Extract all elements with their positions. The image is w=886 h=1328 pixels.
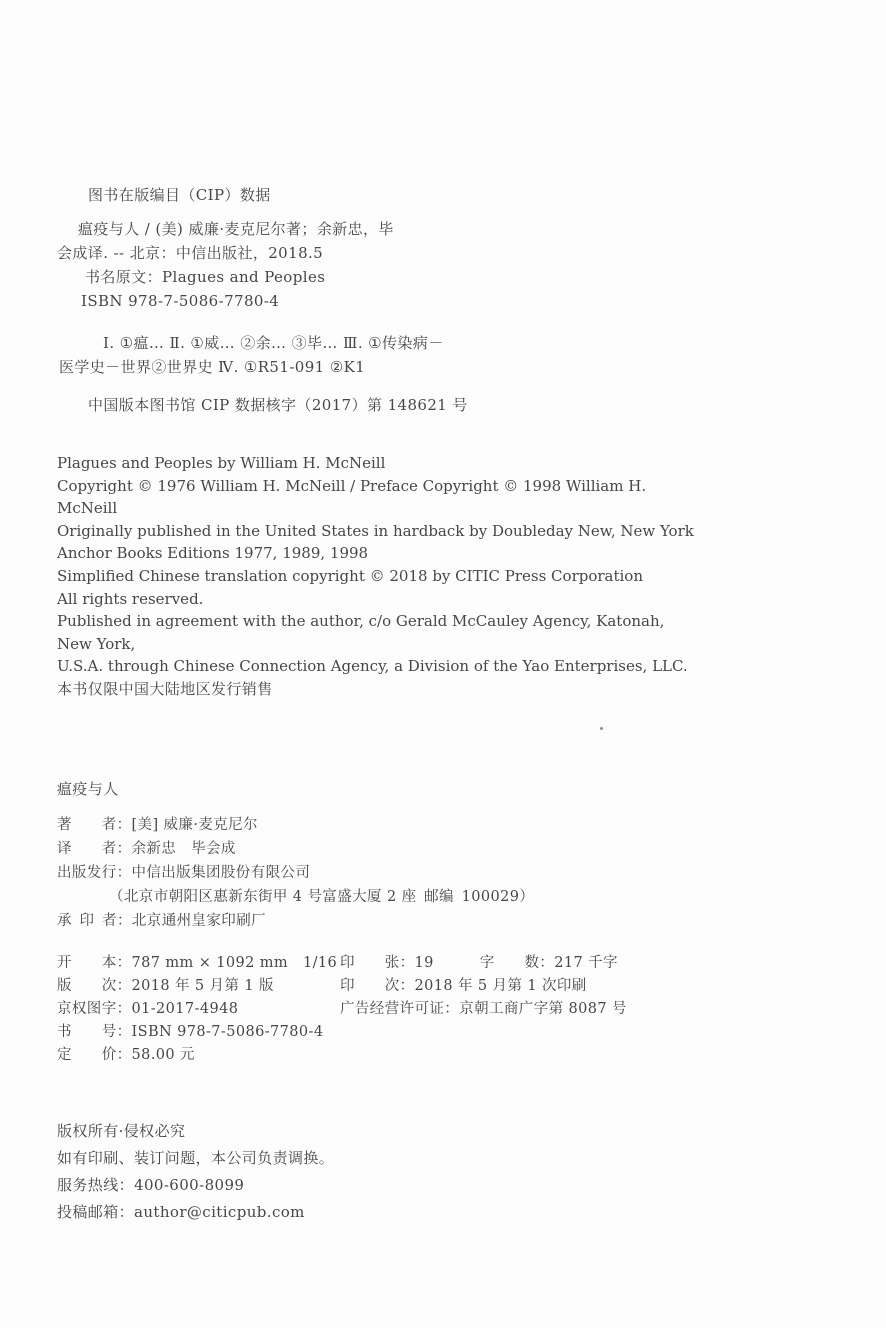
row-value: 京朝工商广字第 8087 号: [459, 1001, 627, 1017]
rights-reserved-line: 版权所有·侵权必究: [57, 1118, 334, 1145]
colophon-row-rights-registration: 京权图字：01-2017-4948: [57, 998, 337, 1021]
copyright-line: Plagues and Peoples by William H. McNeil…: [57, 452, 697, 475]
row-value: 北京通州皇家印刷厂: [132, 913, 266, 929]
row-value: 787 mm × 1092 mm 1/16: [132, 955, 338, 971]
cip-heading: 图书在版编目（CIP）数据: [57, 183, 577, 207]
row-label: 印 张：: [340, 955, 415, 971]
cip-section: 图书在版编目（CIP）数据 瘟疫与人 / (美) 威廉·麦克尼尔著；余新忠，毕 …: [57, 183, 577, 417]
row-label: 京权图字：: [57, 1001, 132, 1017]
row-value: ISBN 978-7-5086-7780-4: [132, 1024, 324, 1040]
colophon-row-isbn: 书 号：ISBN 978-7-5086-7780-4: [57, 1021, 337, 1044]
cip-record-line: 瘟疫与人 / (美) 威廉·麦克尼尔著；余新忠，毕: [57, 217, 577, 241]
row-label: 著 者：: [57, 817, 132, 833]
row-label: 版 次：: [57, 978, 132, 994]
service-hotline-line: 服务热线：400-600-8099: [57, 1172, 334, 1199]
row-value: [美] 威廉·麦克尼尔: [132, 817, 258, 833]
cip-registry-number: 中国版本图书馆 CIP 数据核字（2017）第 148621 号: [57, 393, 577, 417]
row-label: 定 价：: [57, 1047, 132, 1063]
colophon-row-impression: 印 次：2018 年 5 月第 1 次印刷: [340, 975, 627, 998]
cip-original-title-line: 书名原文：Plagues and Peoples: [57, 265, 577, 289]
row-value: 19: [415, 955, 434, 971]
colophon-row-translator: 译 者：余新忠 毕会成: [57, 837, 697, 861]
replacement-policy-line: 如有印刷、装订问题，本公司负责调换。: [57, 1145, 334, 1172]
row-value: 2018 年 5 月第 1 次印刷: [415, 978, 587, 994]
colophon-publisher-rows: 著 者：[美] 威廉·麦克尼尔 译 者：余新忠 毕会成 出版发行：中信出版集团股…: [57, 813, 697, 933]
footer-section: 版权所有·侵权必究 如有印刷、装订问题，本公司负责调换。 服务热线：400-60…: [57, 1118, 334, 1226]
colophon-row-edition: 版 次：2018 年 5 月第 1 版: [57, 975, 337, 998]
copyright-line: Published in agreement with the author, …: [57, 610, 697, 655]
distribution-restriction-line: 本书仅限中国大陆地区发行销售: [57, 678, 697, 701]
cip-class-line: 医学史－世界②世界史 Ⅳ. ①R51-091 ②K1: [57, 355, 577, 379]
row-label: 开 本：: [57, 955, 132, 971]
row-value: 2018 年 5 月第 1 版: [132, 978, 274, 994]
row-value: 余新忠 毕会成: [132, 841, 236, 857]
colophon-book-title: 瘟疫与人: [57, 778, 119, 799]
row-value: 中信出版集团股份有限公司: [132, 865, 311, 881]
row-label: 广告经营许可证：: [340, 1001, 459, 1017]
colophon-row-price: 定 价：58.00 元: [57, 1044, 337, 1067]
colophon-row-publisher: 出版发行：中信出版集团股份有限公司: [57, 861, 697, 885]
row-value: 01-2017-4948: [132, 1001, 239, 1017]
row-label: 承 印 者：: [57, 913, 132, 929]
copyright-line: Copyright © 1976 William H. McNeill / Pr…: [57, 475, 697, 520]
colophon-row-sheets-wordcount: 印 张：19字 数：217 千字: [340, 952, 627, 975]
row-label: 印 次：: [340, 978, 415, 994]
cip-record-line: 会成译. -- 北京：中信出版社，2018.5: [57, 241, 577, 265]
copyright-line: Simplified Chinese translation copyright…: [57, 565, 697, 588]
colophon-row-printer: 承 印 者：北京通州皇家印刷厂: [57, 909, 697, 933]
row-value: 58.00 元: [132, 1047, 195, 1063]
copyright-line: U.S.A. through Chinese Connection Agency…: [57, 655, 697, 678]
row-label: 译 者：: [57, 841, 132, 857]
book-copyright-page: 图书在版编目（CIP）数据 瘟疫与人 / (美) 威廉·麦克尼尔著；余新忠，毕 …: [0, 0, 886, 1328]
row-label: 出版发行：: [57, 865, 132, 881]
row-label: 字 数：: [480, 955, 555, 971]
copyright-line: Originally published in the United State…: [57, 520, 697, 543]
colophon-row-ad-license: 广告经营许可证：京朝工商广字第 8087 号: [340, 998, 627, 1021]
colophon-right-column: 印 张：19字 数：217 千字 印 次：2018 年 5 月第 1 次印刷 广…: [340, 952, 627, 1021]
cip-record: 瘟疫与人 / (美) 威廉·麦克尼尔著；余新忠，毕 会成译. -- 北京：中信出…: [57, 217, 577, 313]
row-value: 217 千字: [554, 955, 618, 971]
copyright-section: Plagues and Peoples by William H. McNeil…: [57, 452, 697, 701]
copyright-line: All rights reserved.: [57, 588, 697, 611]
row-value: （北京市朝阳区惠新东街甲 4 号富盛大厦 2 座 邮编 100029）: [109, 889, 534, 905]
colophon-row-author: 著 者：[美] 威廉·麦克尼尔: [57, 813, 697, 837]
cip-classification: Ⅰ. ①瘟… Ⅱ. ①威… ②余… ③毕… Ⅲ. ①传染病－ 医学史－世界②世界…: [57, 331, 577, 379]
cip-class-line: Ⅰ. ①瘟… Ⅱ. ①威… ②余… ③毕… Ⅲ. ①传染病－: [57, 331, 577, 355]
copyright-line: Anchor Books Editions 1977, 1989, 1998: [57, 542, 697, 565]
cip-isbn-line: ISBN 978-7-5086-7780-4: [57, 289, 577, 313]
scan-speck-artifact: [600, 727, 603, 730]
colophon-row-publisher-address: （北京市朝阳区惠新东街甲 4 号富盛大厦 2 座 邮编 100029）: [57, 885, 697, 909]
submission-email-line: 投稿邮箱：author@citicpub.com: [57, 1199, 334, 1226]
colophon-row-format: 开 本：787 mm × 1092 mm 1/16: [57, 952, 337, 975]
colophon-left-column: 开 本：787 mm × 1092 mm 1/16 版 次：2018 年 5 月…: [57, 952, 337, 1067]
row-label: 书 号：: [57, 1024, 132, 1040]
